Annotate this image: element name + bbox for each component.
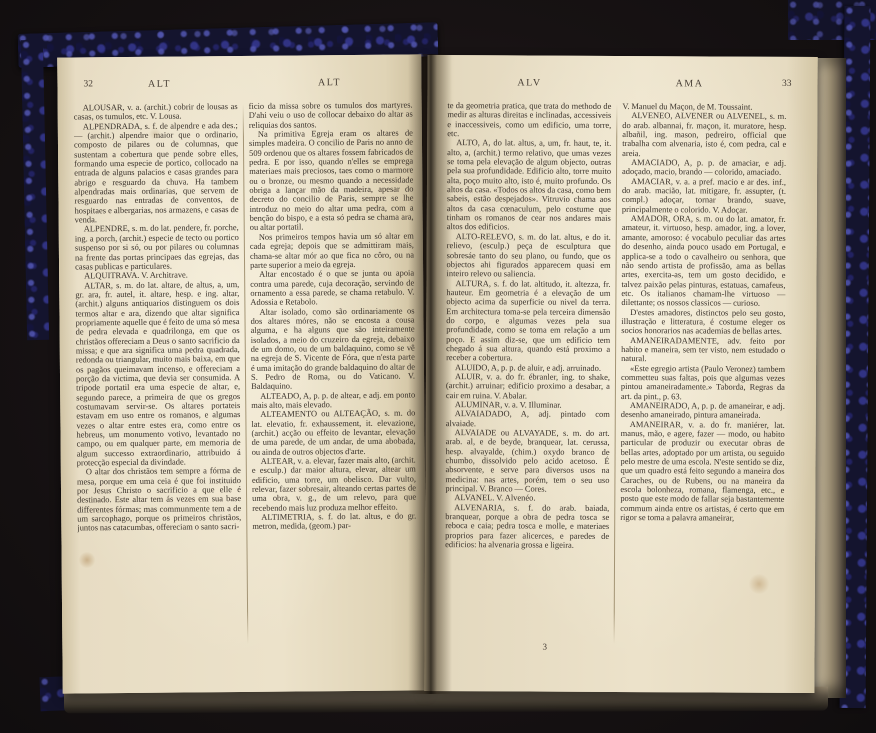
paragraph: Altar isolado, como são ordinariamente o… xyxy=(250,306,415,392)
paragraph: ALTO-RELEVO, s. m. do lat. altus, e do i… xyxy=(446,232,610,280)
paragraph: «Este egregio artista (Paulo Veronez) ta… xyxy=(621,364,785,402)
paragraph: ALVAIADE ou ALVAYADE, s. m. do art. arab… xyxy=(445,428,609,494)
paragraph: ALTEAR, v. a. elevar, fazer mais alto, (… xyxy=(252,456,416,513)
paragraph: AMADOR, ORA, s. m. ou do lat. amator, fr… xyxy=(621,214,785,308)
page-number-right: 33 xyxy=(757,79,791,89)
text-column: te da geometria pratica, que trata do me… xyxy=(445,101,612,646)
paragraph: O altar dos christãos tem sempre a fórma… xyxy=(77,466,242,533)
paragraph: Na primitiva Egreja eram os altares de s… xyxy=(249,129,414,233)
paragraph: AMANEIRAR, v. a. do fr. maniérer, lat. m… xyxy=(620,420,785,524)
running-head: ALV xyxy=(489,77,569,88)
right-page-header: ALV AMA 33 xyxy=(427,77,817,97)
paragraph: ALTAR, s. m. do lat. altare, de altus, a… xyxy=(75,280,241,468)
paragraph: ALOUSAR, v. a. (archit.) cobrir de lousa… xyxy=(74,102,238,122)
text-column: ficio da missa sobre os tumulos dos mart… xyxy=(249,101,418,646)
paragraph: Altar encostado é o que se junta ou apoi… xyxy=(250,269,414,308)
paragraph: ficio da missa sobre os tumulos dos mart… xyxy=(249,101,413,130)
paragraph: ALVAIADADO, A, adj. pintado com alvaiade… xyxy=(446,409,610,429)
text-column: V. Manuel du Maçon, de M. Toussaint.ALVE… xyxy=(620,102,787,647)
paragraph: ALTIMETRIA, s. f. do lat. altus, e do gr… xyxy=(252,512,416,532)
paragraph: Nos primeiros tempos havia um só altar e… xyxy=(250,231,414,270)
running-head: ALT xyxy=(289,77,369,89)
paragraph: ALTURA, s. f. do lat. altitudo, it. alte… xyxy=(446,279,610,364)
left-page-header: 32 ALT ALT xyxy=(57,76,421,97)
text-column: ALOUSAR, v. a. (archit.) cobrir de lousa… xyxy=(74,102,243,647)
book-scan-viewport: 32 ALT ALT ALOUSAR, v. a. (archit.) cobr… xyxy=(0,0,876,733)
right-page-text-block: te da geometria pratica, que trata do me… xyxy=(425,101,818,647)
paragraph: ALVENEO, ALVENER ou ALVENEL, s. m. do ar… xyxy=(622,111,786,159)
paragraph: AMANEIRADO, A, p. p. de amaneirar, e adj… xyxy=(621,401,785,421)
running-head: ALT xyxy=(119,78,199,90)
left-page: 32 ALT ALT ALOUSAR, v. a. (archit.) cobr… xyxy=(57,54,427,693)
paragraph: ALPENDRADA, s. f. de alpendre e ada des.… xyxy=(74,121,239,225)
cover-board-left-edge xyxy=(21,40,49,340)
page-number-left: 32 xyxy=(83,79,93,89)
paragraph: ALUIR, v. a. do fr. ébranler, ing. to sh… xyxy=(446,372,610,401)
signature-mark: 3 xyxy=(543,642,548,652)
paragraph: te da geometria pratica, que trata do me… xyxy=(447,101,611,139)
paragraph: ALTO, A, do lat. altus, a, um, fr. haut,… xyxy=(447,138,611,232)
paragraph: ALPENDRE, s. m. do lat. pendere, fr. por… xyxy=(75,223,239,271)
column-divider-rule xyxy=(614,104,618,644)
paragraph: D'estes amadores, distinctos pelo seu go… xyxy=(621,308,785,337)
paragraph: AMACIAR, v. a. a pref. macio e ar des. i… xyxy=(622,177,786,215)
running-head: AMA xyxy=(649,78,729,89)
paragraph: AMACIADO, A, p. p. de amaciar, e adj. ad… xyxy=(622,158,786,178)
paragraph: AMANEIRADAMENTE, adv. feito por habito e… xyxy=(621,336,785,365)
paragraph: ALVENARIA, s. f. do arab. baiada, branqu… xyxy=(445,503,609,551)
paragraph: ALTEAMENTO ou ALTEAÇÃO, s. m. do lat. el… xyxy=(251,409,415,457)
column-divider-rule xyxy=(243,104,249,644)
right-page: ALV AMA 33 te da geometria pratica, que … xyxy=(424,55,817,693)
left-page-text-block: ALOUSAR, v. a. (archit.) cobrir de lousa… xyxy=(58,100,427,647)
